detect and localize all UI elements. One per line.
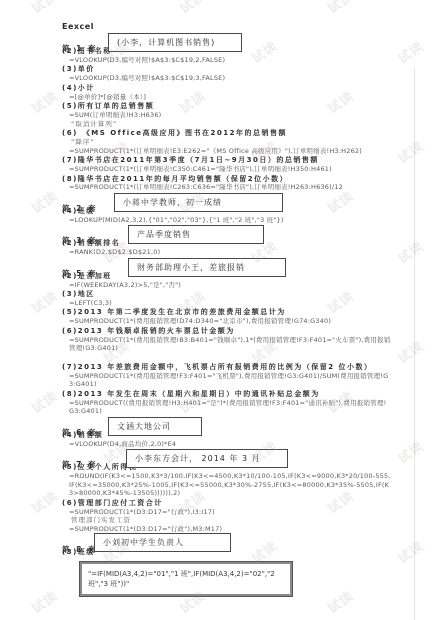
item-heading: (4)小计 bbox=[62, 84, 392, 93]
callout-box: 小李东方会计， 2014 年 3 月 bbox=[126, 449, 288, 468]
callout-box: 财务部助理小王，差旅报销 bbox=[128, 258, 286, 277]
note-line: “降序” bbox=[62, 138, 392, 147]
formula-line: =VLOOKUP(D3,编号对照!$A$3:$C$19,3,FALSE) bbox=[62, 74, 392, 83]
set-label: 第 8 套 bbox=[62, 545, 97, 554]
formula-line: =SUMPRODUCT((费用报销管理!H3:H401="是")*(费用报销管理… bbox=[62, 399, 392, 416]
formula-line: =SUMPRODUCT(1*(订单明细表!C350:C461="隆华书店"),订… bbox=[62, 165, 392, 174]
item-heading: (6) 《MS Office高级应用》图书在2012年的总销售额 bbox=[62, 129, 392, 138]
item-heading: (6)2013 年钱顺卓报销的火车票总计金额为 bbox=[62, 327, 392, 336]
set-label: 第 3 套 bbox=[62, 236, 97, 245]
set-row: 第 6 套文涵大地公司 bbox=[62, 420, 392, 430]
set-label: 第 5 套 bbox=[62, 269, 97, 278]
formula-line: =RANK(D2,$D$2:$D$21,0) bbox=[62, 248, 392, 257]
watermark-text: 试读 bbox=[393, 536, 427, 568]
formula-line: =SUMPRODUCT(1*(订单明细表!E3:E262="《MS Office… bbox=[62, 147, 392, 156]
formula-line: =SUM(订单明细表!H3:H636) bbox=[62, 111, 392, 120]
formula-line: =LEFT(C3,3) bbox=[62, 299, 392, 308]
set-label: 第 2 套 bbox=[62, 204, 97, 213]
callout-box: 小蒋中学教师，初一成绩 bbox=[114, 193, 283, 212]
formula-line: =SUMPRODUCT(1*(费用报销管理!B3:B401="钱顺卓"),1*(… bbox=[62, 336, 392, 353]
watermark-text: 试读 bbox=[393, 36, 427, 68]
doc-title: Eexcel bbox=[62, 22, 392, 32]
answer-set: 第 8 套小刘初中学生负责人(3)班级"=IF(MID(A3,4,2)="01"… bbox=[62, 537, 392, 596]
note-line: “取消计算列” bbox=[62, 120, 392, 129]
item-heading: (3)单价 bbox=[62, 65, 392, 74]
note-line: 管理部门实发工资 bbox=[62, 516, 392, 525]
callout-box: 文涵大地公司 bbox=[108, 417, 202, 436]
item-heading: (7)隆华书店在2011年第3季度（7月1日~9月30日）的总销售额 bbox=[62, 156, 392, 165]
item-heading: (7)2013 年差旅费用金额中，飞机票占所有报销费用的比例为（保留2 位小数） bbox=[62, 363, 392, 372]
item-heading: (5)2013 年第二季度发生在北京市的差旅费用金额总计为 bbox=[62, 308, 392, 317]
set-row: 第 3 套产品季度销售 bbox=[62, 228, 392, 238]
item-heading: (3)地区 bbox=[62, 290, 392, 299]
document-page: 试读试读试读试读试读试读试读试读试读试读试读试读试读试读试读试读试读试读试读试读… bbox=[0, 0, 440, 620]
formula-line: =SUMPRODUCT(1*(D3:D17="行政"),M3:M17) bbox=[62, 525, 392, 534]
formula-line: =SUMPRODUCT(1*(订单明细表!C263:C636="隆华书店"),订… bbox=[62, 183, 392, 192]
formula-line: =[@单价]*[@销量（本）] bbox=[62, 93, 392, 102]
set-label: 第 1 套 bbox=[62, 44, 97, 53]
document-content: Eexcel 第 1 套(小李，计算机图书销售)(2)图书名称=VLOOKUP(… bbox=[0, 0, 392, 596]
formula-line: =SUMPRODUCT(1*(D3:D17="行政"),I3:I17) bbox=[62, 508, 392, 517]
item-heading: (8)2013 年发生在周末（星期六和星期日）中的通讯补贴总金额为 bbox=[62, 390, 392, 399]
spacer bbox=[62, 353, 392, 362]
callout-box: (小李，计算机图书销售) bbox=[108, 33, 242, 52]
page-edge-line bbox=[414, 68, 415, 620]
set-row: 第 8 套小刘初中学生负责人 bbox=[62, 537, 392, 547]
formula-line: =ROUND(IF(K3<=1500,K3*3/100,IF(K3<=4500,… bbox=[62, 472, 392, 498]
set-row: 第 7 套小李东方会计， 2014 年 3 月 bbox=[62, 452, 392, 462]
set-label: 第 6 套 bbox=[62, 428, 97, 437]
watermark-text: 试读 bbox=[393, 436, 427, 468]
formula-line: =VLOOKUP(D4,商品均价,2,0)*E4 bbox=[62, 440, 392, 449]
item-heading: (8)隆华书店在2011年的每月平均销售额（保留2位小数） bbox=[62, 175, 392, 184]
callout-box: 小刘初中学生负责人 bbox=[94, 533, 231, 552]
formula-line: =SUMPRODUCT(1*(费用报销管理!F3:F401="飞机票"),费用报… bbox=[62, 372, 392, 389]
watermark-text: 试读 bbox=[393, 136, 427, 168]
answer-set: 第 7 套小李东方会计， 2014 年 3 月(5)应交个人所得税=ROUND(… bbox=[62, 452, 392, 533]
callout-box: 产品季度销售 bbox=[128, 225, 264, 244]
set-row: 第 5 套财务部助理小王，差旅报销 bbox=[62, 261, 392, 271]
answer-set: 第 2 套小蒋中学教师，初一成绩(4)班级=LOOKUP(MID(A2,3,2)… bbox=[62, 196, 392, 224]
watermark-text: 试读 bbox=[393, 236, 427, 268]
watermark-text: 试读 bbox=[393, 336, 427, 368]
formula-line: =LOOKUP(MID(A2,3,2),{"01","02","03"},{"1… bbox=[62, 216, 392, 225]
answer-set: 第 6 套文涵大地公司(4)销售额=VLOOKUP(D4,商品均价,2,0)*E… bbox=[62, 420, 392, 448]
answer-set: 第 1 套(小李，计算机图书销售)(2)图书名称=VLOOKUP(D3,编号对照… bbox=[62, 36, 392, 192]
item-heading: (6)管理部门应付工资合计 bbox=[62, 499, 392, 508]
set-row: 第 1 套(小李，计算机图书销售) bbox=[62, 36, 392, 46]
formula-line: =VLOOKUP(D3,编号对照!$A$3:$C$19,2,FALSE) bbox=[62, 56, 392, 65]
set-row: 第 2 套小蒋中学教师，初一成绩 bbox=[62, 196, 392, 206]
answer-set: 第 5 套财务部助理小王，差旅报销(2)是否加班=IF(WEEKDAY(A3,2… bbox=[62, 261, 392, 416]
item-heading: (5)所有订单的总销售额 bbox=[62, 102, 392, 111]
formula-line: =IF(WEEKDAY(A3,2)>5,"是","否") bbox=[62, 281, 392, 290]
sections-container: 第 1 套(小李，计算机图书销售)(2)图书名称=VLOOKUP(D3,编号对照… bbox=[62, 36, 392, 596]
boxed-formula: "=IF(MID(A3,4,2)="01","1 班",IF(MID(A3,4,… bbox=[80, 562, 292, 596]
answer-set: 第 3 套产品季度销售(2)销售额排名=RANK(D2,$D$2:$D$21,0… bbox=[62, 228, 392, 256]
formula-line: =SUMPRODUCT(1*(费用报销管理!D74:D340="北京市"),费用… bbox=[62, 317, 392, 326]
set-label: 第 7 套 bbox=[62, 460, 97, 469]
